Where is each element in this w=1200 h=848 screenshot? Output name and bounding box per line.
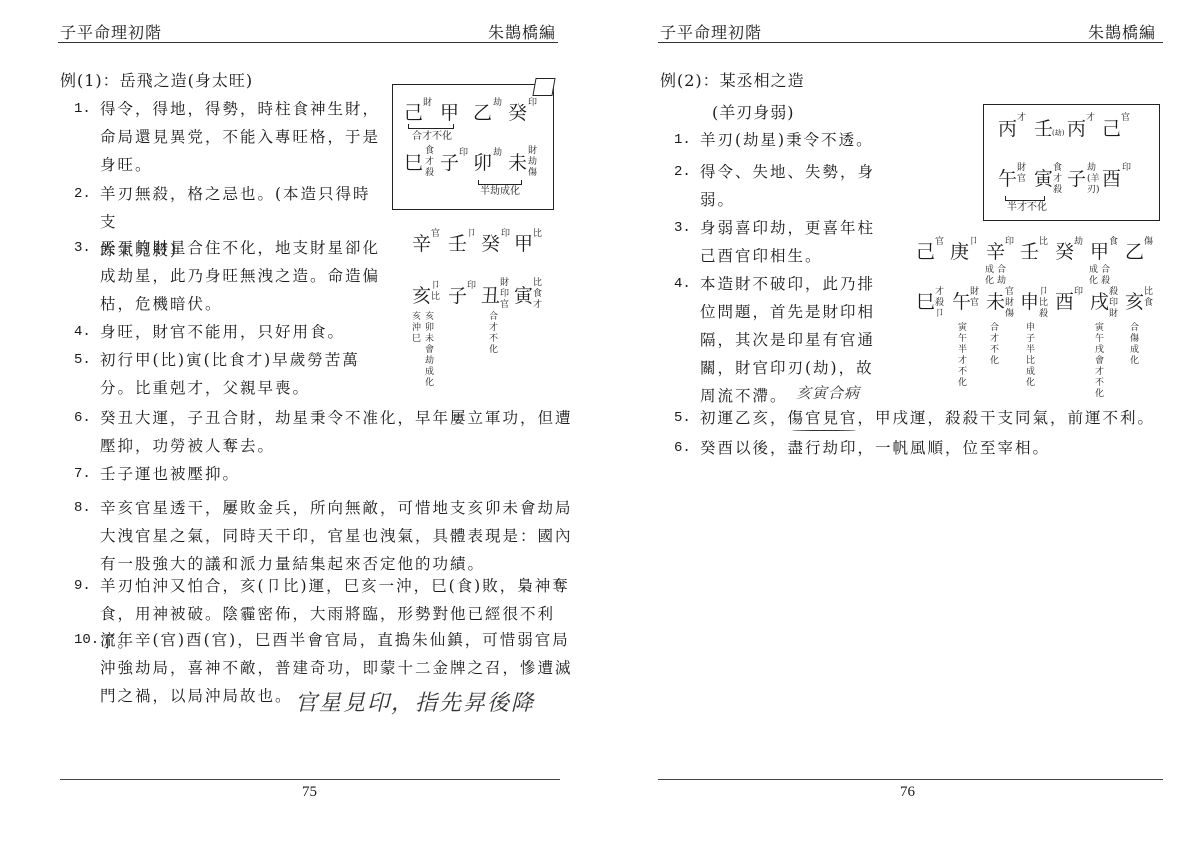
luck-stem: 癸: [1055, 242, 1074, 262]
branch-note: 半劫成化: [480, 187, 520, 197]
header-rule: [658, 42, 1163, 43]
branch-note: 半才不化: [1007, 203, 1047, 213]
branch-label: 劫: [493, 148, 502, 158]
list-item: 4.身旺，財官不能用，只好用食。: [74, 318, 384, 346]
bracket: [1005, 196, 1045, 201]
page-number: 76: [900, 784, 915, 801]
luck-stem: 壬: [1020, 242, 1039, 262]
luck-branch-label: 財印官: [500, 278, 510, 311]
stem-label: 劫: [493, 98, 502, 108]
luck-branch: 寅: [514, 286, 533, 306]
list-item: 3.身弱喜印劫，更喜年柱己酉官印相生。: [674, 214, 904, 270]
stem: 丙: [998, 119, 1017, 139]
stem: 乙: [473, 103, 492, 123]
luck-stem: 己: [916, 242, 935, 262]
branch-label: 印: [459, 148, 468, 158]
handwritten-note: 亥寅合病: [796, 382, 860, 403]
luck-branch: 亥: [1125, 292, 1144, 312]
luck-stem-note: 成化: [985, 265, 995, 287]
handwritten-note: 官星見印，指先昇後降: [295, 686, 535, 717]
branch: 卯: [473, 153, 492, 173]
author: 朱鵲橋編: [488, 20, 556, 43]
footer-rule: [60, 779, 560, 780]
stem: 己: [1102, 119, 1121, 139]
luck-stem: 癸: [481, 234, 500, 254]
luck-stem: 乙: [1125, 242, 1144, 262]
stem: 壬: [1034, 119, 1053, 139]
page-76: 子平命理初階 朱鵲橋編 例(2)：某丞相之造 (羊刃身弱) 1.羊刃(劫星)秉令…: [600, 0, 1200, 848]
luck-branch-label: 印: [1074, 287, 1083, 297]
stem-label: 官: [1121, 113, 1130, 123]
stem: 己: [404, 103, 423, 123]
luck-stem: 甲: [514, 234, 533, 254]
handwritten-underline: [792, 430, 856, 431]
list-item: 7.壬子運也被壓抑。: [74, 460, 574, 488]
luck-stem: 甲: [1090, 242, 1109, 262]
footer-rule: [658, 779, 1163, 780]
stem-label: 才: [1086, 113, 1095, 123]
luck-stem-label: 卩: [467, 229, 476, 239]
list-item: 5.初行甲(比)寅(比食才)早歲勞苦萬分。比重剋才，父親早喪。: [74, 346, 384, 402]
example-title: 例(1)：岳飛之造(身太旺): [60, 68, 253, 91]
luck-stem-note: 合劫: [997, 265, 1007, 287]
list-item: 6.癸酉以後，盡行劫印，一帆風順，位至宰相。: [674, 434, 1194, 462]
example-title: 例(2)：某丞相之造: [660, 68, 805, 91]
stem-note: 合才不化: [412, 132, 452, 142]
stem-label: 才: [1017, 113, 1026, 123]
page-number: 75: [302, 784, 317, 801]
luck-branch: 巳: [916, 292, 935, 312]
luck-stem-label: 官: [935, 237, 944, 247]
branch: 未: [508, 153, 527, 173]
luck-branch: 申: [1020, 292, 1039, 312]
folded-corner-icon: [532, 78, 555, 96]
example-subtitle: (羊刃身弱): [712, 100, 795, 123]
luck-stem: 庚: [950, 242, 969, 262]
luck-note: 亥沖巳: [412, 312, 422, 345]
luck-stem-note: 成化: [1089, 265, 1099, 287]
luck-stem-label: 官: [431, 229, 440, 239]
luck-stem-label: 傷: [1144, 237, 1153, 247]
branch: 子: [440, 153, 459, 173]
luck-note: 亥卯未會劫成化: [425, 312, 435, 389]
luck-stem: 辛: [412, 234, 431, 254]
header-rule: [58, 42, 558, 43]
branch-label: 食才殺: [1053, 163, 1063, 196]
branch-label: 食才殺: [425, 146, 435, 179]
luck-branch: 子: [448, 286, 467, 306]
list-item: 1.得令，得地，得勢，時柱食神生財，命局還見異党，不能入專旺格，于是身旺。: [74, 95, 384, 179]
branch: 酉: [1102, 169, 1121, 189]
luck-branch: 亥: [412, 286, 431, 306]
luck-branch: 戌: [1090, 292, 1109, 312]
list-item: 4.本造財不破印，此乃排位問題，首先是財印相隔，其次是印星有官通關，財官印刃(劫…: [674, 270, 904, 410]
stem: 癸: [508, 103, 527, 123]
branch: 子: [1067, 169, 1086, 189]
luck-branch-label: 比食才: [533, 278, 543, 311]
luck-stem-label: 卩: [969, 237, 978, 247]
luck-branch-note: 申子半比成化: [1026, 323, 1036, 389]
list-item: 3.天干的財星合住不化，地支財星卻化成劫星，此乃身旺無洩之造。命造偏枯，危機暗伏…: [74, 234, 384, 318]
stem-label: 印: [528, 98, 537, 108]
luck-stem-label: 劫: [1074, 237, 1083, 247]
luck-stem: 壬: [448, 234, 467, 254]
luck-stem-label: 印: [501, 229, 510, 239]
branch: 巳: [404, 153, 423, 173]
bracket: [478, 180, 522, 185]
page-75: 子平命理初階 朱鵲橋編 例(1)：岳飛之造(身太旺) 1.得令，得地，得勢，時柱…: [0, 0, 600, 848]
luck-stem-label: 印: [1005, 237, 1014, 247]
book-title: 子平命理初階: [60, 20, 162, 43]
luck-stem-label: 食: [1109, 237, 1118, 247]
luck-stem-label: 比: [533, 229, 542, 239]
luck-branch-label: 財官: [970, 287, 980, 309]
list-item: 1.羊刃(劫星)秉令不透。: [674, 126, 904, 154]
luck-branch-label: 比食: [1144, 287, 1154, 309]
luck-branch-label: 印: [467, 281, 476, 291]
luck-branch-label: 才殺卩: [935, 287, 945, 320]
branch-label: 財官: [1017, 163, 1027, 185]
list-item: 8.辛亥官星透干，屢敗金兵，所向無敵，可惜地支亥卯未會劫局大洩官星之氣，同時天干…: [74, 494, 574, 578]
luck-branch: 未: [986, 292, 1005, 312]
book-title: 子平命理初階: [660, 20, 762, 43]
luck-branch-label: 殺印財: [1109, 287, 1119, 320]
luck-stem: 辛: [986, 242, 1005, 262]
luck-branch: 午: [952, 292, 971, 312]
branch-label: 印: [1122, 163, 1131, 173]
luck-branch-note: 合才不化: [990, 323, 1000, 367]
luck-branch-note: 寅午半才不化: [958, 323, 968, 389]
author: 朱鵲橋編: [1088, 20, 1156, 43]
list-item: 5.初運乙亥，傷官見官，甲戌運，殺殺干支同氣，前運不利。: [674, 404, 1194, 432]
list-item: 6.癸丑大運，子丑合財，劫星秉令不准化，早年屢立軍功，但遭壓抑，功勞被人奪去。: [74, 404, 574, 460]
branch-label: 財劫傷: [528, 146, 538, 179]
list-item: 2.得令、失地、失勢，身弱。: [674, 158, 904, 214]
stem: 丙: [1067, 119, 1086, 139]
branch: 午: [998, 169, 1017, 189]
stem-label: 財: [423, 98, 432, 108]
luck-note: 合才不化: [489, 312, 499, 356]
branch-label: 劫(羊刃): [1087, 163, 1097, 196]
stem-label: (劫): [1052, 128, 1062, 139]
stem: 甲: [440, 103, 459, 123]
luck-branch-note: 合傷成化: [1130, 323, 1140, 367]
luck-branch-label: 卩比殺: [1039, 287, 1049, 320]
luck-stem-note: 合殺: [1101, 265, 1111, 287]
luck-branch: 酉: [1055, 292, 1074, 312]
luck-branch: 丑: [481, 286, 500, 306]
luck-branch-label: 官財傷: [1005, 287, 1015, 320]
bracket: [408, 124, 454, 129]
luck-branch-note: 寅午戌會才不化: [1095, 323, 1105, 400]
branch: 寅: [1034, 169, 1053, 189]
luck-branch-label: 卩比: [431, 281, 441, 303]
luck-stem-label: 比: [1039, 237, 1048, 247]
